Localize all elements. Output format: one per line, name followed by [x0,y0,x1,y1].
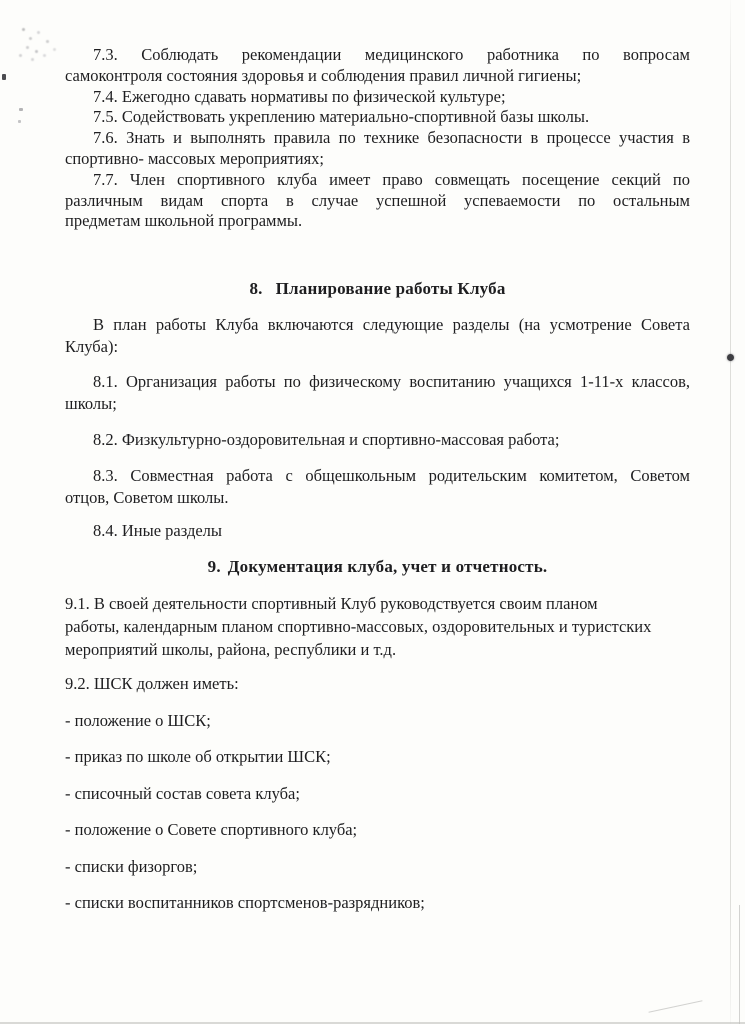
section-8-heading: 8.Планирование работы Клуба [65,278,690,300]
dash-list-item: - положение о Совете спортивного клуба; [65,818,690,841]
paragraph-8-3-line: отцов, Советом школы. [65,487,690,509]
paragraph-7-3-line: 7.3. Соблюдать рекомендации медицинского… [65,45,690,66]
paragraph-7-7-line: различным видам спорта в случае успешной… [65,191,690,212]
scan-fold-line-right [730,0,731,1024]
scan-speck-left-edge [2,74,6,80]
paragraph-8-2-line: 8.2. Физкультурно-оздоровительная и спор… [65,429,690,451]
paragraph-8-4-line: 8.4. Иные разделы [65,520,690,542]
section-8-number: 8. [249,279,262,298]
paragraph-7-4-line: 7.4. Ежегодно сдавать нормативы по физич… [65,87,690,108]
scan-tick-left [19,108,23,111]
scan-tick-left [18,120,21,123]
section-8-intro-line: В план работы Клуба включаются следующие… [65,314,690,336]
dash-list-item: - положение о ШСК; [65,709,690,732]
section-9-heading: 9.Документация клуба, учет и отчетность. [65,556,690,578]
paragraph-9-1-line: 9.1. В своей деятельности спортивный Клу… [65,592,690,615]
paragraph-9-2-line: 9.2. ШСК должен иметь: [65,672,690,695]
paragraph-9-1-line: работы, календарным планом спортивно-мас… [65,615,690,638]
scanned-document-page: 7.3. Соблюдать рекомендации медицинского… [0,0,745,1024]
paragraph-7-6-line: спортивно- массовых мероприятиях; [65,149,690,170]
scan-smudge-top-left [22,28,25,31]
scan-edge-line-bottom-right [739,905,740,1024]
dash-list-item: - списки воспитанников спортсменов-разря… [65,891,690,914]
paragraph-7-7-line: 7.7. Член спортивного клуба имеет право … [65,170,690,191]
paragraph-7-6-line: 7.6. Знать и выполнять правила по техник… [65,128,690,149]
section-8-title: Планирование работы Клуба [276,279,506,298]
paragraph-8-1-line: школы; [65,393,690,415]
section-9-title: Документация клуба, учет и отчетность. [228,557,548,576]
scan-mark-bottom-right [648,1000,702,1012]
scan-speck-right-edge [727,354,734,361]
section-8: 8.Планирование работы Клуба В план работ… [65,278,690,542]
dash-list-item: - списочный состав совета клуба; [65,782,690,805]
paragraph-8-3-line: 8.3. Совместная работа с общешкольным ро… [65,465,690,487]
dash-list-item: - приказ по школе об открытии ШСК; [65,745,690,768]
paragraph-7-5-line: 7.5. Содействовать укреплению материальн… [65,107,690,128]
document-text-block: 7.3. Соблюдать рекомендации медицинского… [65,45,690,914]
dash-list-item: - списки физоргов; [65,855,690,878]
paragraph-9-1-line: мероприятий школы, района, республики и … [65,638,690,661]
paragraph-7-7-line: предметам школьной программы. [65,211,690,232]
section-7: 7.3. Соблюдать рекомендации медицинского… [65,45,690,232]
section-8-intro-line: Клуба): [65,336,690,358]
paragraph-7-3-line: самоконтроля состояния здоровья и соблюд… [65,66,690,87]
section-9-number: 9. [208,557,221,576]
section-9: 9.Документация клуба, учет и отчетность.… [65,556,690,914]
paragraph-8-1-line: 8.1. Организация работы по физическому в… [65,371,690,393]
